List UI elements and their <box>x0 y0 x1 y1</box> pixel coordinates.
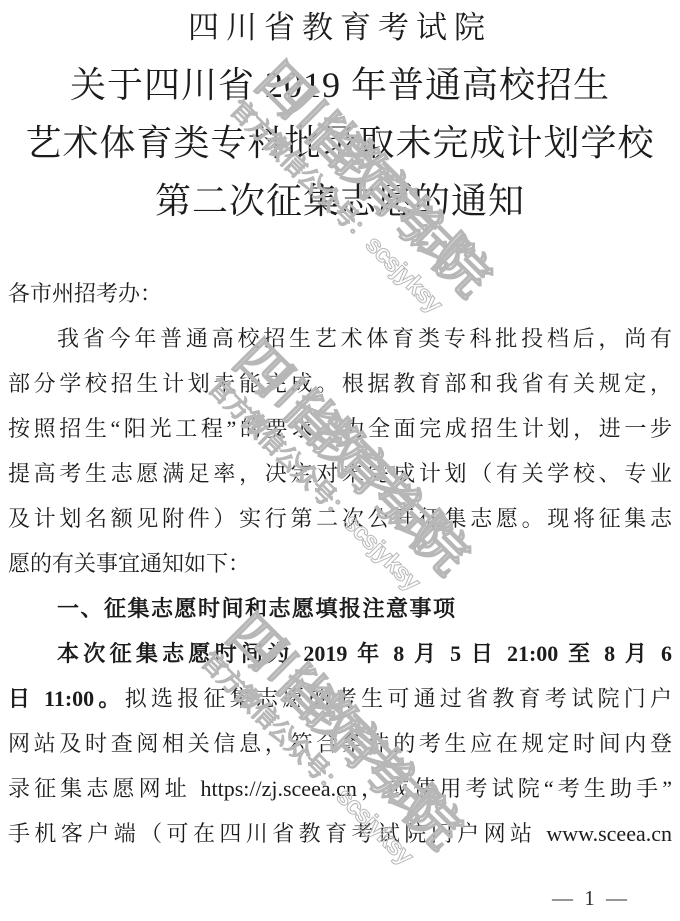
body-line: 及计划名额见附件）实行第二次公开征集志愿。现将征集志 <box>8 496 672 541</box>
title-block: 四川省教育考试院 关于四川省 2019 年普通高校招生 艺术体育类专科批录取未完… <box>0 0 680 230</box>
body-line: 各市州招考办： <box>8 271 672 316</box>
body-line: 网站及时查阅相关信息，符合条件的考生应在规定时间内登 <box>8 721 672 766</box>
text-segment: 录征集志愿网址 https://zj.sceea.cn，或使用考试院“考生助手” <box>8 776 672 801</box>
issuing-organization: 四川省教育考试院 <box>0 0 680 56</box>
text-segment: 提高考生志愿满足率，决定对未完成计划（有关学校、专业 <box>8 461 672 486</box>
text-segment: 愿的有关事宜通知如下： <box>8 551 250 576</box>
text-segment: 各市州招考办： <box>8 281 162 306</box>
text-segment: 部分学校招生计划未能完成。根据教育部和我省有关规定， <box>8 371 672 396</box>
body-line: 本次征集志愿时间为 2019 年 8 月 5 日 21:00 至 8 月 6 <box>8 631 672 676</box>
text-segment: 及计划名额见附件）实行第二次公开征集志愿。现将征集志 <box>8 506 672 531</box>
body-line: 部分学校招生计划未能完成。根据教育部和我省有关规定， <box>8 361 672 406</box>
body-line: 我省今年普通高校招生艺术体育类专科批投档后，尚有 <box>8 316 672 361</box>
text-segment: 本次征集志愿时间为 2019 年 8 月 5 日 21:00 至 8 月 6 <box>57 641 672 666</box>
body-line: 手机客户端（可在四川省教育考试院门户网站 www.sceea.cn <box>8 811 672 856</box>
document-body: 各市州招考办：我省今年普通高校招生艺术体育类专科批投档后，尚有部分学校招生计划未… <box>8 271 672 856</box>
text-segment: 一、征集志愿时间和志愿填报注意事项 <box>57 596 457 621</box>
body-line: 日 11:00。拟选报征集志愿的考生可通过省教育考试院门户 <box>8 676 672 721</box>
text-segment: 日 11:00。 <box>8 686 125 711</box>
notice-title-line-1: 关于四川省 2019 年普通高校招生 <box>0 56 680 114</box>
section-heading: 一、征集志愿时间和志愿填报注意事项 <box>8 586 672 631</box>
body-line: 提高考生志愿满足率，决定对未完成计划（有关学校、专业 <box>8 451 672 496</box>
notice-page: 四川省教育考试院 官方微信公众号：scsjyksy 四川省教育考试院 官方微信公… <box>0 0 680 921</box>
notice-title-line-3: 第二次征集志愿的通知 <box>0 172 680 230</box>
page-number: — 1 — <box>552 886 630 911</box>
body-line: 按照招生“阳光工程”的要求，为全面完成招生计划，进一步 <box>8 406 672 451</box>
body-line: 录征集志愿网址 https://zj.sceea.cn，或使用考试院“考生助手” <box>8 766 672 811</box>
text-segment: 按照招生“阳光工程”的要求，为全面完成招生计划，进一步 <box>8 416 672 441</box>
text-segment: 拟选报征集志愿的考生可通过省教育考试院门户 <box>125 686 672 711</box>
text-segment: 网站及时查阅相关信息，符合条件的考生应在规定时间内登 <box>8 731 672 756</box>
notice-title-line-2: 艺术体育类专科批录取未完成计划学校 <box>0 114 680 172</box>
text-segment: 我省今年普通高校招生艺术体育类专科批投档后，尚有 <box>57 326 672 351</box>
text-segment: 手机客户端（可在四川省教育考试院门户网站 www.sceea.cn <box>8 821 672 846</box>
body-line: 愿的有关事宜通知如下： <box>8 541 672 586</box>
